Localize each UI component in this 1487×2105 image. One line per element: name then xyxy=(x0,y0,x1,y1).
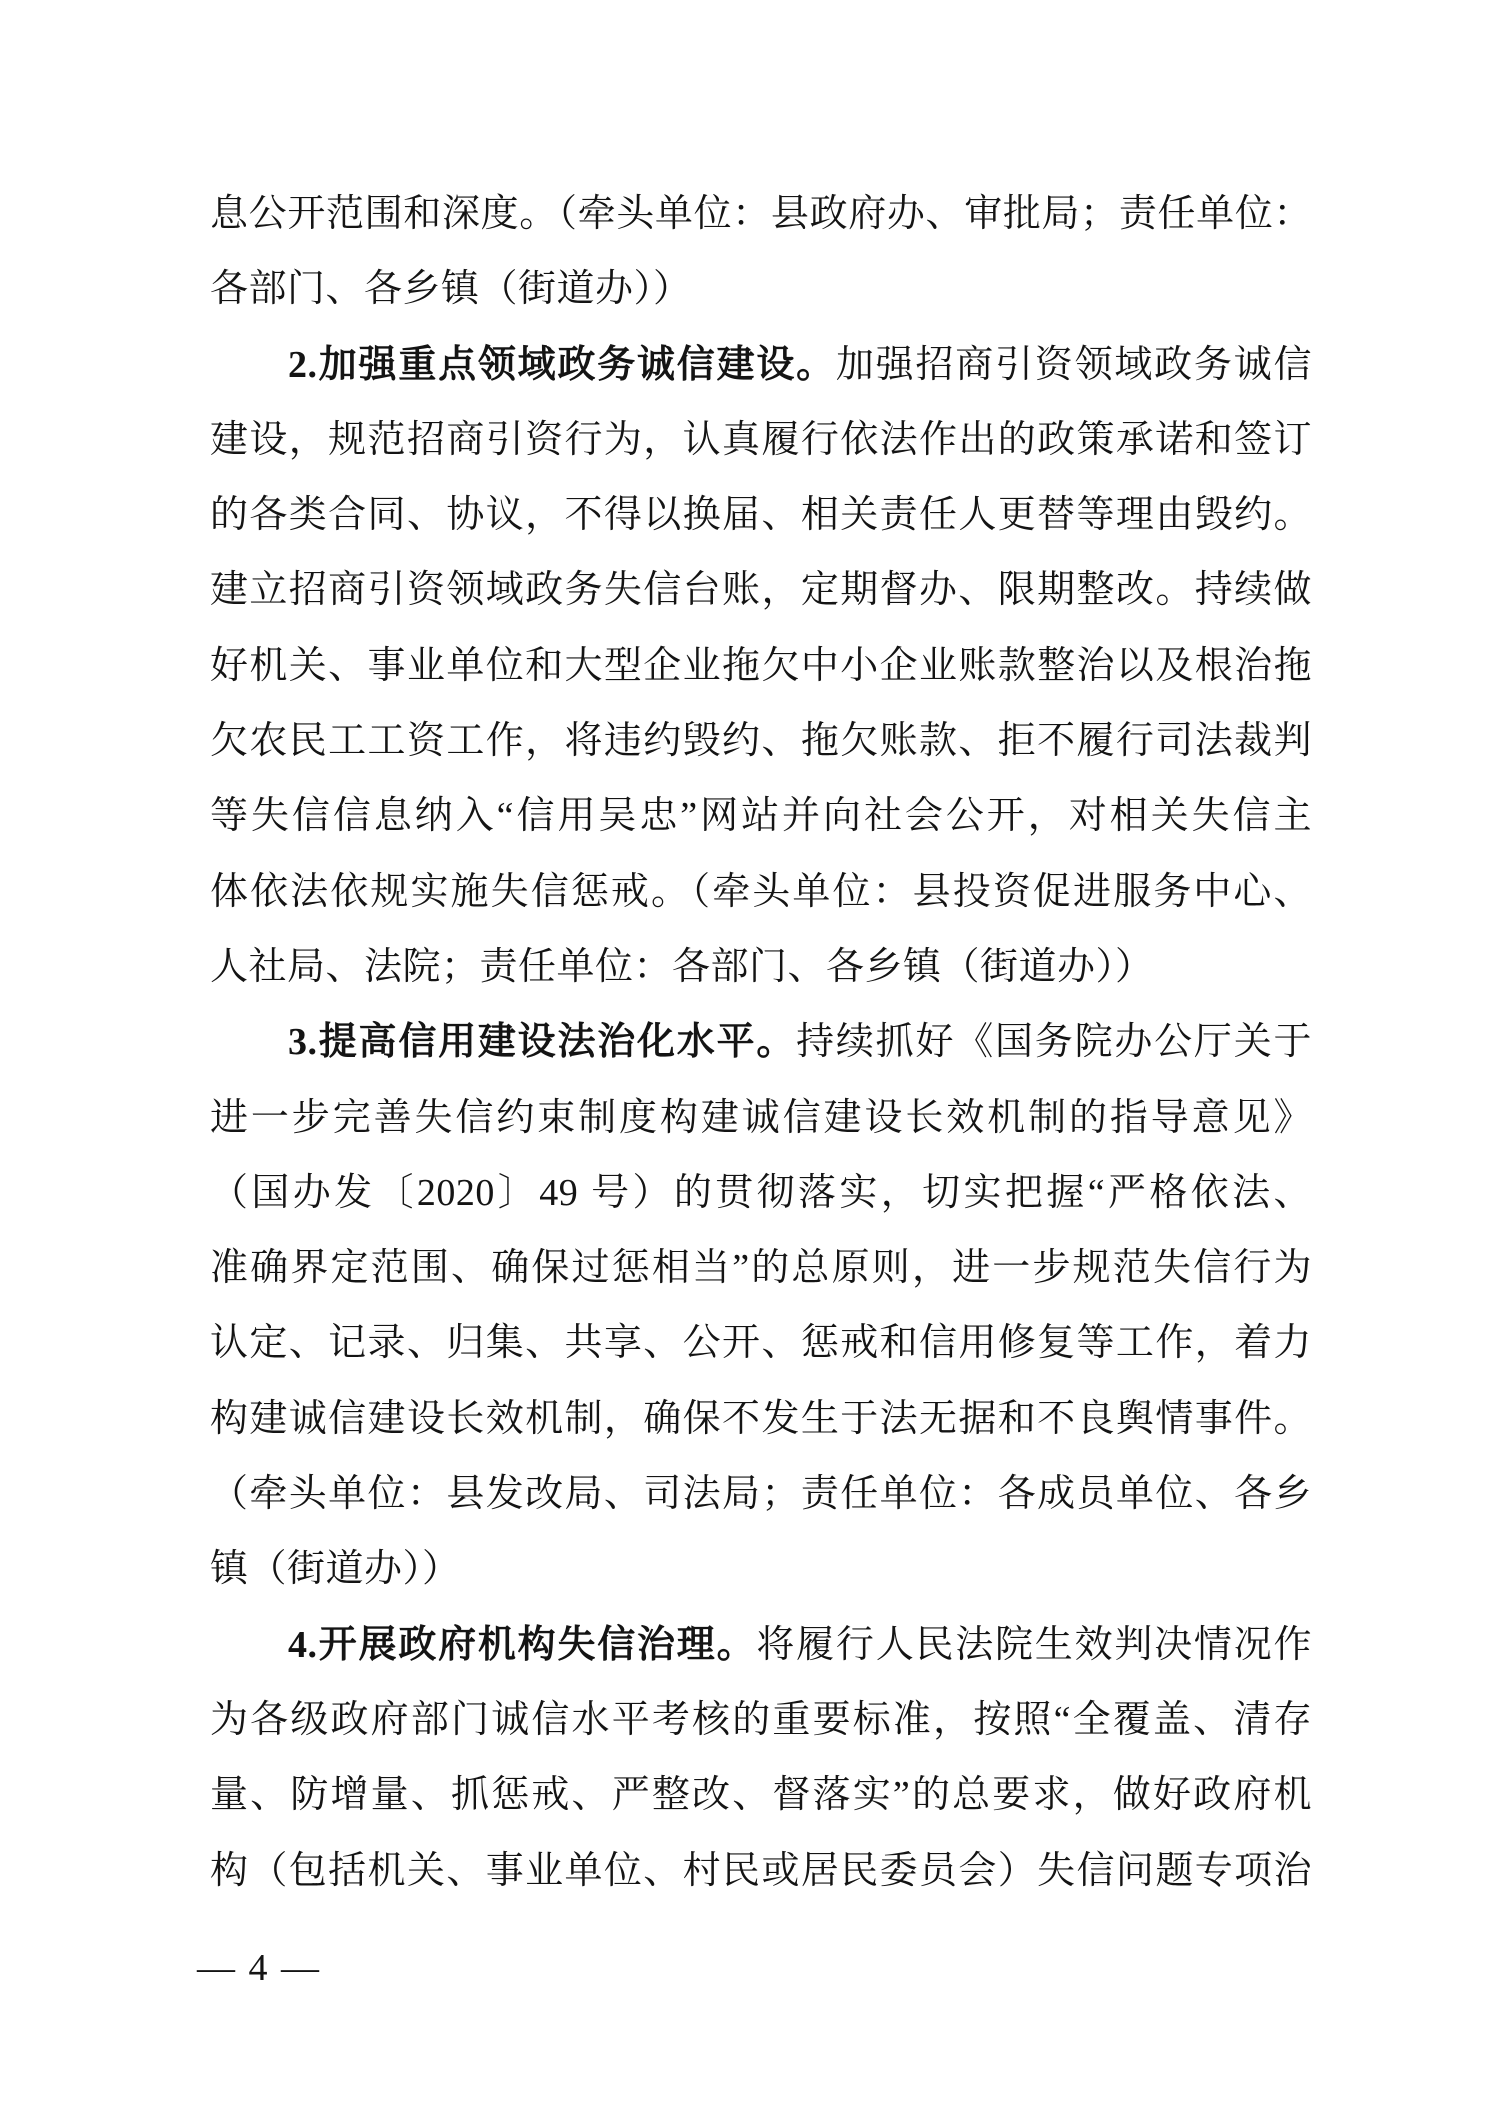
body-text-run: （国办发〔2020〕49 号）的贯彻落实，切实把握“严格依法、 xyxy=(210,1172,1312,1214)
body-text-run: 为各级政府部门诚信水平考核的重要标准，按照“全覆盖、清存 xyxy=(210,1699,1312,1741)
text-line: 认定、记录、归集、共享、公开、惩戒和信用修复等工作，着力 xyxy=(210,1306,1312,1381)
paragraph-heading-line: 3.提高信用建设法治化水平。持续抓好《国务院办公厅关于 xyxy=(210,1005,1312,1080)
text-line: 构（包括机关、事业单位、村民或居民委员会）失信问题专项治 xyxy=(210,1834,1312,1909)
text-line: 体依法依规实施失信惩戒。（牵头单位：县投资促进服务中心、 xyxy=(210,855,1312,930)
page-number: — 4 — xyxy=(197,1938,321,1998)
body-text-run: 进一步完善失信约束制度构建诚信建设长效机制的指导意见》 xyxy=(210,1097,1312,1139)
body-text-run: 息公开范围和深度。（牵头单位：县政府办、审批局；责任单位： xyxy=(210,193,1312,235)
text-line: （国办发〔2020〕49 号）的贯彻落实，切实把握“严格依法、 xyxy=(210,1156,1312,1231)
body-text-run: 等失信信息纳入“信用吴忠”网站并向社会公开，对相关失信主 xyxy=(210,795,1312,837)
body-text-run: 将履行人民法院生效判决情况作 xyxy=(756,1624,1312,1666)
text-line: 息公开范围和深度。（牵头单位：县政府办、审批局；责任单位： xyxy=(210,177,1312,252)
body-text-run: （牵头单位：县发改局、司法局；责任单位：各成员单位、各乡 xyxy=(210,1473,1312,1515)
body-text-run: 好机关、事业单位和大型企业拖欠中小企业账款整治以及根治拖 xyxy=(210,645,1312,687)
text-line: 进一步完善失信约束制度构建诚信建设长效机制的指导意见》 xyxy=(210,1081,1312,1156)
text-line: 等失信信息纳入“信用吴忠”网站并向社会公开，对相关失信主 xyxy=(210,779,1312,854)
text-line: 量、防增量、抓惩戒、严整改、督落实”的总要求，做好政府机 xyxy=(210,1758,1312,1833)
body-text-run: 认定、记录、归集、共享、公开、惩戒和信用修复等工作，着力 xyxy=(210,1322,1312,1364)
text-line: 建设，规范招商引资行为，认真履行依法作出的政策承诺和签订 xyxy=(210,403,1312,478)
text-line: 镇（街道办）） xyxy=(210,1532,1312,1607)
body-text-run: 的各类合同、协议，不得以换届、相关责任人更替等理由毁约。 xyxy=(210,494,1312,536)
text-line: 各部门、各乡镇（街道办）） xyxy=(210,252,1312,327)
body-text-run: 建设，规范招商引资行为，认真履行依法作出的政策承诺和签订 xyxy=(210,419,1312,461)
text-line: 欠农民工工资工作，将违约毁约、拖欠账款、拒不履行司法裁判 xyxy=(210,704,1312,779)
heading-text-run: 4.开展政府机构失信治理。 xyxy=(288,1624,756,1666)
text-line: （牵头单位：县发改局、司法局；责任单位：各成员单位、各乡 xyxy=(210,1457,1312,1532)
paragraph-heading-line: 4.开展政府机构失信治理。将履行人民法院生效判决情况作 xyxy=(210,1608,1312,1683)
document-page: 息公开范围和深度。（牵头单位：县政府办、审批局；责任单位：各部门、各乡镇（街道办… xyxy=(0,0,1487,2105)
text-line: 人社局、法院；责任单位：各部门、各乡镇（街道办）） xyxy=(210,930,1312,1005)
body-text-run: 准确界定范围、确保过惩相当”的总原则，进一步规范失信行为 xyxy=(210,1247,1312,1289)
text-line: 的各类合同、协议，不得以换届、相关责任人更替等理由毁约。 xyxy=(210,478,1312,553)
text-line: 建立招商引资领域政务失信台账，定期督办、限期整改。持续做 xyxy=(210,553,1312,628)
body-text-run: 体依法依规实施失信惩戒。（牵头单位：县投资促进服务中心、 xyxy=(210,871,1312,913)
document-body: 息公开范围和深度。（牵头单位：县政府办、审批局；责任单位：各部门、各乡镇（街道办… xyxy=(210,177,1312,1909)
paragraph-heading-line: 2.加强重点领域政务诚信建设。加强招商引资领域政务诚信 xyxy=(210,328,1312,403)
body-text-run: 人社局、法院；责任单位：各部门、各乡镇（街道办）） xyxy=(210,946,1154,988)
body-text-run: 各部门、各乡镇（街道办）） xyxy=(210,268,692,310)
body-text-run: 量、防增量、抓惩戒、严整改、督落实”的总要求，做好政府机 xyxy=(210,1774,1312,1816)
heading-text-run: 2.加强重点领域政务诚信建设。 xyxy=(288,344,836,386)
body-text-run: 构（包括机关、事业单位、村民或居民委员会）失信问题专项治 xyxy=(210,1850,1312,1892)
text-line: 准确界定范围、确保过惩相当”的总原则，进一步规范失信行为 xyxy=(210,1231,1312,1306)
text-line: 为各级政府部门诚信水平考核的重要标准，按照“全覆盖、清存 xyxy=(210,1683,1312,1758)
body-text-run: 持续抓好《国务院办公厅关于 xyxy=(796,1021,1312,1063)
text-line: 构建诚信建设长效机制，确保不发生于法无据和不良舆情事件。 xyxy=(210,1382,1312,1457)
text-line: 好机关、事业单位和大型企业拖欠中小企业账款整治以及根治拖 xyxy=(210,629,1312,704)
body-text-run: 欠农民工工资工作，将违约毁约、拖欠账款、拒不履行司法裁判 xyxy=(210,720,1312,762)
body-text-run: 构建诚信建设长效机制，确保不发生于法无据和不良舆情事件。 xyxy=(210,1398,1312,1440)
body-text-run: 镇（街道办）） xyxy=(210,1548,461,1590)
body-text-run: 加强招商引资领域政务诚信 xyxy=(836,344,1312,386)
heading-text-run: 3.提高信用建设法治化水平。 xyxy=(288,1021,796,1063)
body-text-run: 建立招商引资领域政务失信台账，定期督办、限期整改。持续做 xyxy=(210,569,1312,611)
